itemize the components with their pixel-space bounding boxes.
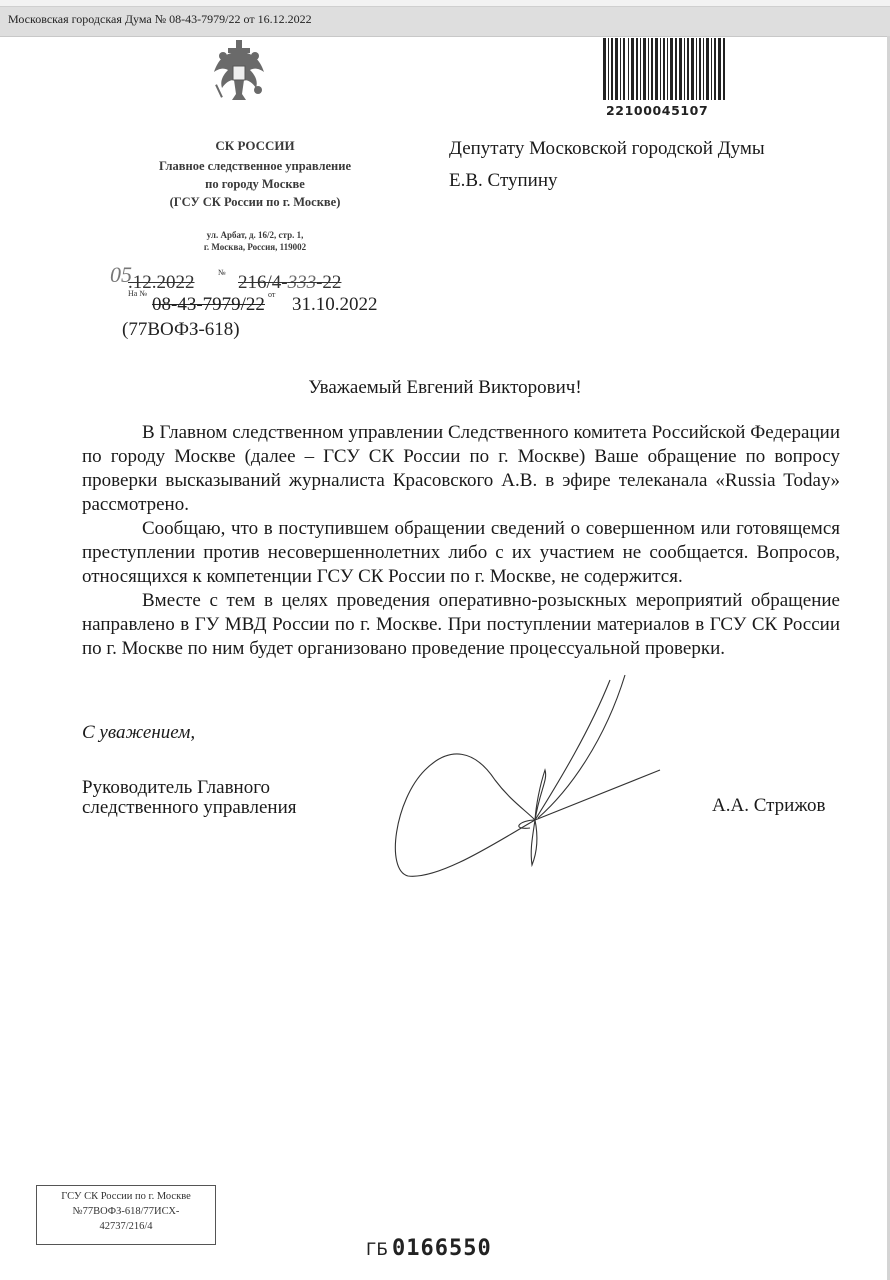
reference-from-label: от [268, 290, 275, 299]
document-header-bar: Московская городская Дума № 08-43-7979/2… [0, 0, 890, 37]
stamp-line2: №77ВОФЗ-618/77ИСХ- [37, 1204, 215, 1219]
org-city: по городу Москве [110, 175, 400, 193]
handwritten-number: 333 [288, 272, 317, 293]
org-address-line2: г. Москва, Россия, 119002 [110, 241, 400, 253]
outgoing-number-prefix: 216/4- [238, 272, 288, 293]
org-department: Главное следственное управление [110, 157, 400, 175]
addressee-position: Депутату Московской городской Думы [449, 133, 765, 165]
form-serial-number: ГБ 0166550 [366, 1236, 492, 1261]
serial-number: 0166550 [392, 1236, 492, 1261]
stamp-line3: 42737/216/4 [37, 1219, 215, 1234]
addressee-block: Депутату Московской городской Думы Е.В. … [449, 133, 765, 197]
signer-title-line2: следственного управления [82, 798, 297, 818]
internal-reference: (77ВОФЗ-618) [122, 319, 240, 341]
closing: С уважением, [82, 722, 195, 744]
serial-prefix: ГБ [366, 1240, 388, 1260]
addressee-name: Е.В. Ступину [449, 165, 765, 197]
handwritten-signature-icon [380, 670, 680, 890]
org-abbreviation: (ГСУ СК России по г. Москве) [110, 193, 400, 211]
coat-of-arms-icon [210, 38, 268, 106]
signer-title-line1: Руководитель Главного [82, 778, 297, 798]
paragraph-1: В Главном следственном управлении Следст… [82, 421, 840, 517]
letter-body: В Главном следственном управлении Следст… [82, 421, 840, 661]
salutation: Уважаемый Евгений Викторович! [0, 377, 890, 399]
org-name: СК РОССИИ [110, 138, 400, 154]
barcode-icon [603, 38, 725, 100]
number-label: № [218, 268, 226, 277]
signer-title: Руководитель Главного следственного упра… [82, 778, 297, 818]
reference-label: На № [128, 289, 147, 298]
outgoing-number: 216/4-333-22 [238, 272, 341, 294]
signer-name: А.А. Стрижов [712, 795, 825, 817]
org-address-line1: ул. Арбат, д. 16/2, стр. 1, [110, 229, 400, 241]
header-strip [0, 0, 890, 7]
paragraph-2: Сообщаю, что в поступившем обращении све… [82, 517, 840, 589]
reference-number: 08-43-7979/22 [152, 294, 265, 316]
reference-date: 31.10.2022 [292, 294, 378, 316]
registration-stamp-box: ГСУ СК России по г. Москве №77ВОФЗ-618/7… [36, 1185, 216, 1245]
paragraph-3: Вместе с тем в целях проведения оператив… [82, 589, 840, 661]
outgoing-number-suffix: -22 [316, 272, 341, 293]
sender-organization-block: СК РОССИИ Главное следственное управлени… [110, 138, 400, 253]
stamp-line1: ГСУ СК России по г. Москве [37, 1189, 215, 1204]
registration-stamp-text: Московская городская Дума № 08-43-7979/2… [8, 12, 312, 27]
barcode-number: 22100045107 [606, 103, 708, 118]
